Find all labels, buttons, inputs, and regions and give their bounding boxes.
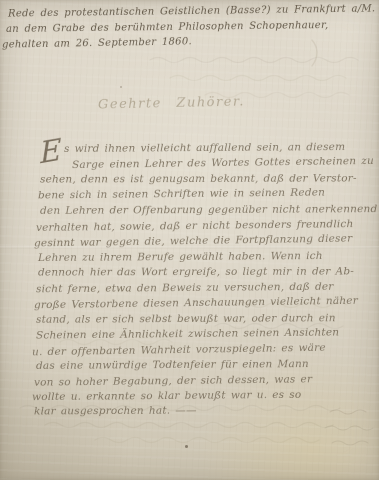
body-line: gesinnt war gegen die, welche die Fortpf… <box>34 233 352 250</box>
body-line: verhalten hat, sowie, daß er nicht beson… <box>36 218 354 234</box>
body-line: den Lehren der Offenbarung gegenüber nic… <box>40 203 377 217</box>
body-line: Sarge einen Lehrer des Wortes Gottes ers… <box>72 155 374 171</box>
body-line: große Verstorbene diesen Anschauungen vi… <box>34 295 358 312</box>
body-line: s wird ihnen vielleicht auffallend sein,… <box>64 141 345 155</box>
body-line: sicht ferne, etwa den Beweis zu versuche… <box>36 281 334 296</box>
body-line: u. der offenbarten Wahrheit vorzuspiegel… <box>32 342 326 359</box>
manuscript-page: Rede des protestantischen Geistlichen (B… <box>0 0 379 480</box>
ink-speck <box>120 86 122 88</box>
body-line: klar ausgesprochen hat. —— <box>34 405 197 418</box>
body-line: Lehren zu ihrem Berufe gewählt haben. We… <box>38 250 323 264</box>
header-line-1: Rede des protestantischen Geistlichen (B… <box>8 3 376 19</box>
ink-speck <box>185 445 188 448</box>
body-line: stand, als er sich selbst bewußt war, od… <box>36 312 336 326</box>
drop-cap-initial: E <box>40 132 63 171</box>
header-line-3: gehalten am 26. September 1860. <box>2 36 192 50</box>
body-line: bene sich in seinen Schriften wie in sei… <box>38 186 325 201</box>
body-line: Scheinen eine Ähnlichkeit zwischen seine… <box>36 326 339 341</box>
body-line: das eine unwürdige Todtenfeier für einen… <box>36 358 309 372</box>
body-line: wollte u. erkannte so klar bewußt war u.… <box>32 389 302 403</box>
body-line: von so hoher Begabung, der sich dessen, … <box>34 373 312 388</box>
salutation: Geehrte Zuhörer. <box>98 94 245 112</box>
body-line: sehen, denn es ist genugsam bekannt, daß… <box>40 172 357 185</box>
header-line-2: an dem Grabe des berühmten Philosophen S… <box>6 20 329 35</box>
body-line: dennoch hier das Wort ergreife, so liegt… <box>38 265 354 278</box>
